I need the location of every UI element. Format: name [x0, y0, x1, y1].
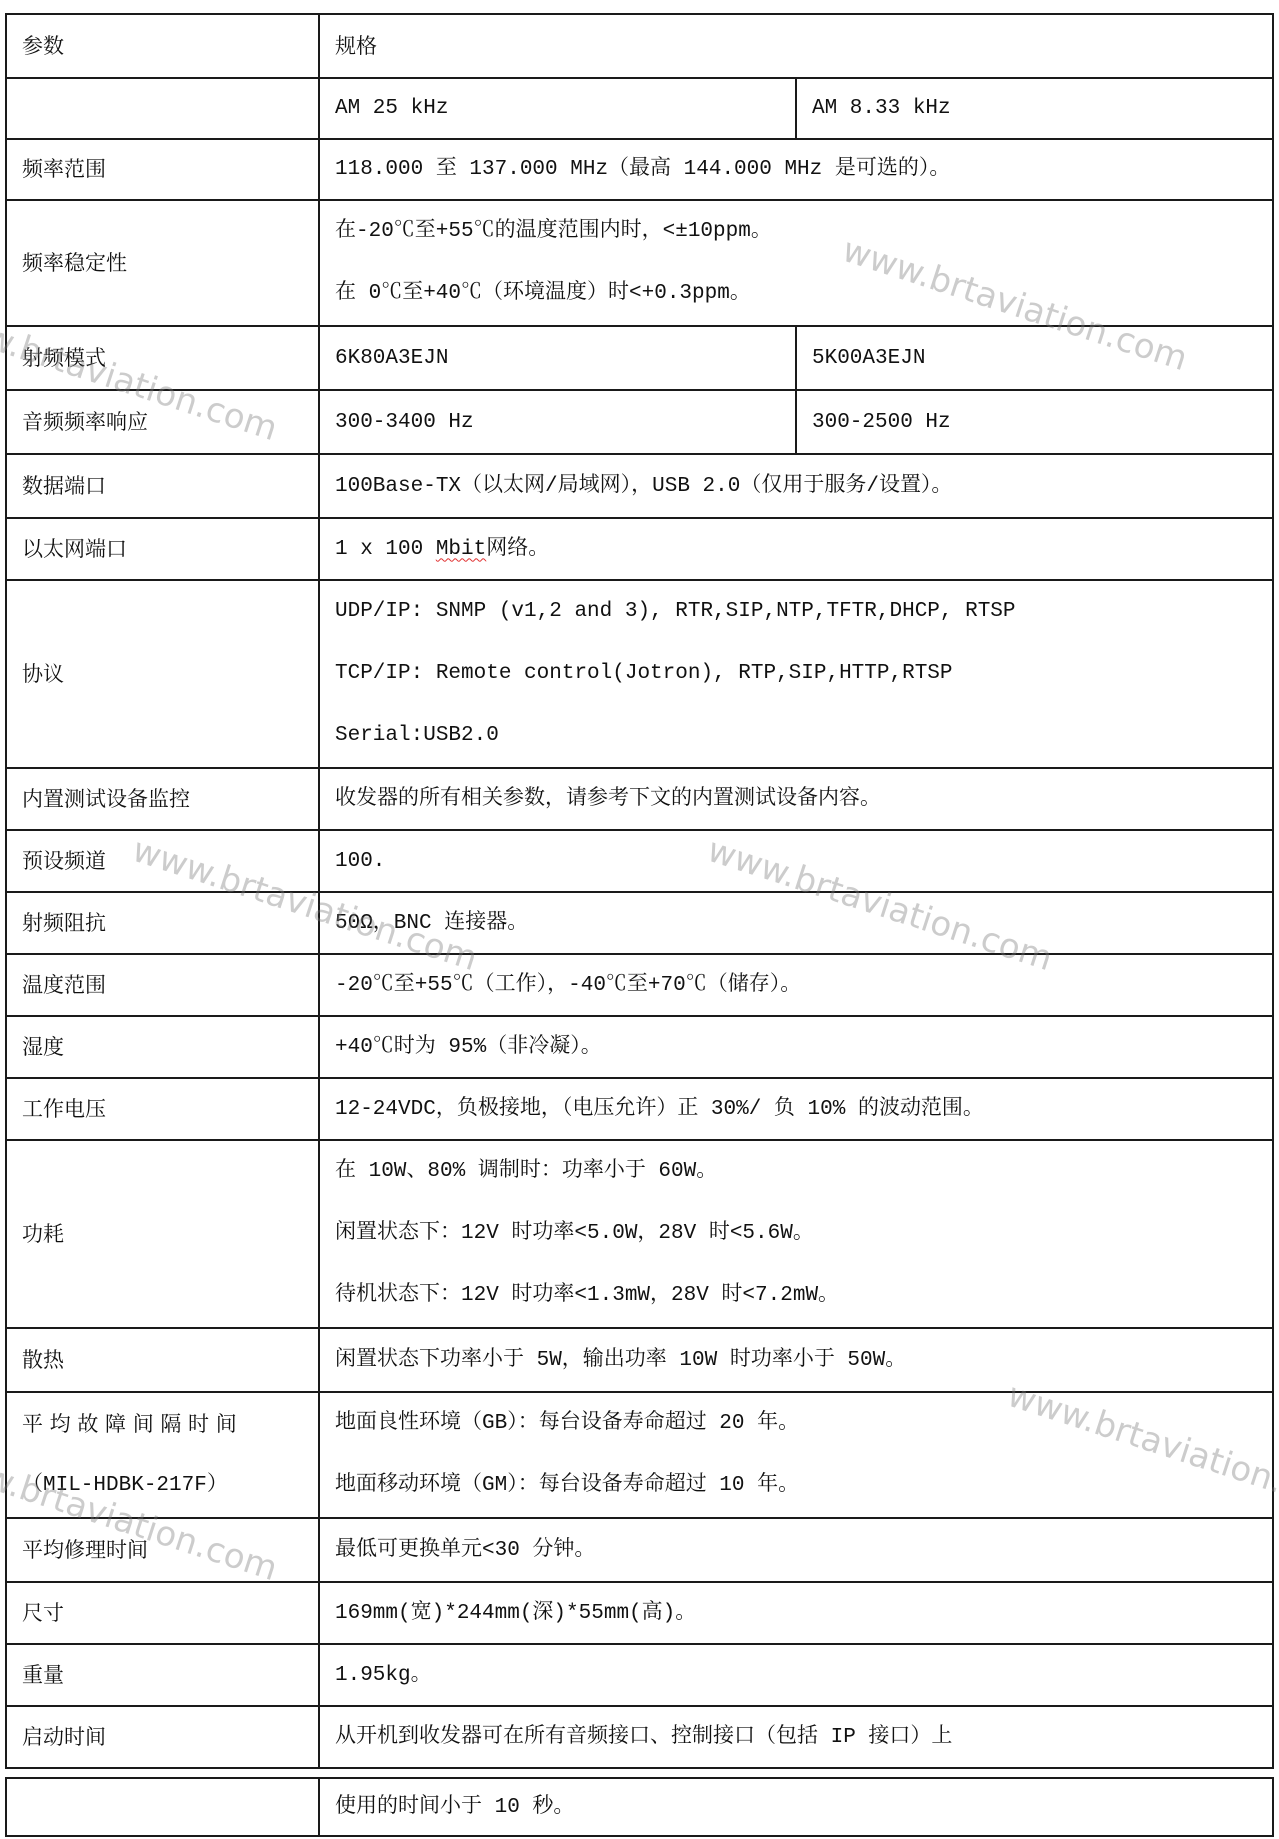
row-value: 在-20℃至+55℃的温度范围内时，<±10ppm。 在 0℃至+40℃（环境温…	[319, 200, 1273, 326]
row-param: 重量	[6, 1644, 319, 1706]
row-value: 1 x 100 Mbit网络。	[319, 518, 1273, 580]
row-value: 169mm(宽)*244mm(深)*55mm(高)。	[319, 1582, 1273, 1644]
table-row: 射频阻抗 50Ω，BNC 连接器。	[6, 892, 1273, 954]
table-row: 频率范围 118.000 至 137.000 MHz（最高 144.000 MH…	[6, 139, 1273, 200]
table-header-row: 参数 规格	[6, 14, 1273, 78]
row-line: 在-20℃至+55℃的温度范围内时，<±10ppm。	[335, 201, 1272, 263]
row-value: 100.	[319, 830, 1273, 892]
row-value: 在 10W、80% 调制时：功率小于 60W。 闲置状态下：12V 时功率<5.…	[319, 1140, 1273, 1328]
table-row: 功耗 在 10W、80% 调制时：功率小于 60W。 闲置状态下：12V 时功率…	[6, 1140, 1273, 1328]
row-value: UDP/IP: SNMP (v1,2 and 3), RTR,SIP,NTP,T…	[319, 580, 1273, 768]
row-value: -20℃至+55℃（工作），-40℃至+70℃（储存）。	[319, 954, 1273, 1016]
row-value-am833: 300-2500 Hz	[796, 390, 1273, 454]
mode-am25: AM 25 kHz	[319, 78, 796, 139]
table-row: 协议 UDP/IP: SNMP (v1,2 and 3), RTR,SIP,NT…	[6, 580, 1273, 768]
table-row: 平均修理时间 最低可更换单元<30 分钟。	[6, 1518, 1273, 1582]
table-row: 射频模式 6K80A3EJN 5K00A3EJN	[6, 326, 1273, 390]
row-value: 闲置状态下功率小于 5W，输出功率 10W 时功率小于 50W。	[319, 1328, 1273, 1392]
table-row: 数据端口 100Base-TX（以太网/局域网），USB 2.0（仅用于服务/设…	[6, 454, 1273, 518]
table-row: 散热 闲置状态下功率小于 5W，输出功率 10W 时功率小于 50W。	[6, 1328, 1273, 1392]
row-param: 音频频率响应	[6, 390, 319, 454]
row-param: 平均修理时间	[6, 1518, 319, 1582]
row-param: 启动时间	[6, 1706, 319, 1768]
row-line: UDP/IP: SNMP (v1,2 and 3), RTR,SIP,NTP,T…	[335, 581, 1272, 643]
row-param: 频率范围	[6, 139, 319, 200]
value-prefix: 1 x 100	[335, 538, 436, 561]
row-param: 温度范围	[6, 954, 319, 1016]
row-param: 尺寸	[6, 1582, 319, 1644]
row-param: 协议	[6, 580, 319, 768]
row-value-am25: 300-3400 Hz	[319, 390, 796, 454]
row-value: 使用的时间小于 10 秒。	[319, 1778, 1273, 1836]
row-line: 待机状态下：12V 时功率<1.3mW，28V 时<7.2mW。	[335, 1265, 1272, 1327]
row-value: 地面良性环境（GB）：每台设备寿命超过 20 年。 地面移动环境（GM）：每台设…	[319, 1392, 1273, 1518]
table-row: 平 均 故 障 间 隔 时 间 （MIL-HDBK-217F） 地面良性环境（G…	[6, 1392, 1273, 1518]
row-value: 1.95kg。	[319, 1644, 1273, 1706]
header-param: 参数	[6, 14, 319, 78]
table-row: 预设频道 100.	[6, 830, 1273, 892]
row-param: 湿度	[6, 1016, 319, 1078]
row-value: 收发器的所有相关参数，请参考下文的内置测试设备内容。	[319, 768, 1273, 830]
spec-table: 参数 规格 AM 25 kHz AM 8.33 kHz 频率范围 118.000…	[5, 13, 1274, 1769]
row-param-line: （MIL-HDBK-217F）	[22, 1455, 318, 1517]
table-row: 音频频率响应 300-3400 Hz 300-2500 Hz	[6, 390, 1273, 454]
row-value-am833: 5K00A3EJN	[796, 326, 1273, 390]
row-param-line: 平 均 故 障 间 隔 时 间	[22, 1393, 318, 1455]
row-param: 散热	[6, 1328, 319, 1392]
row-param: 工作电压	[6, 1078, 319, 1140]
row-value: 最低可更换单元<30 分钟。	[319, 1518, 1273, 1582]
row-line: 在 10W、80% 调制时：功率小于 60W。	[335, 1141, 1272, 1203]
row-param: 功耗	[6, 1140, 319, 1328]
table-row: 以太网端口 1 x 100 Mbit网络。	[6, 518, 1273, 580]
table-row: 重量 1.95kg。	[6, 1644, 1273, 1706]
table-row: 湿度 +40℃时为 95%（非冷凝）。	[6, 1016, 1273, 1078]
row-param: 内置测试设备监控	[6, 768, 319, 830]
row-line: Serial:USB2.0	[335, 705, 1272, 767]
row-param: 射频阻抗	[6, 892, 319, 954]
row-param: 预设频道	[6, 830, 319, 892]
row-value: +40℃时为 95%（非冷凝）。	[319, 1016, 1273, 1078]
row-param: 平 均 故 障 间 隔 时 间 （MIL-HDBK-217F）	[6, 1392, 319, 1518]
spellcheck-word: Mbit	[436, 538, 486, 561]
row-param: 数据端口	[6, 454, 319, 518]
row-param	[6, 78, 319, 139]
table-row: 启动时间 从开机到收发器可在所有音频接口、控制接口（包括 IP 接口）上	[6, 1706, 1273, 1768]
row-value-am25: 6K80A3EJN	[319, 326, 796, 390]
mode-am833: AM 8.33 kHz	[796, 78, 1273, 139]
table-row: 工作电压 12-24VDC，负极接地，（电压允许）正 30%/ 负 10% 的波…	[6, 1078, 1273, 1140]
table-row: 使用的时间小于 10 秒。	[6, 1778, 1273, 1836]
row-line: 地面移动环境（GM）：每台设备寿命超过 10 年。	[335, 1455, 1272, 1517]
value-suffix: 网络。	[486, 538, 549, 561]
table-row: 温度范围 -20℃至+55℃（工作），-40℃至+70℃（储存）。	[6, 954, 1273, 1016]
row-param: 频率稳定性	[6, 200, 319, 326]
row-value: 50Ω，BNC 连接器。	[319, 892, 1273, 954]
row-line: 地面良性环境（GB）：每台设备寿命超过 20 年。	[335, 1393, 1272, 1455]
row-line: 在 0℃至+40℃（环境温度）时<+0.3ppm。	[335, 263, 1272, 325]
table-row: 尺寸 169mm(宽)*244mm(深)*55mm(高)。	[6, 1582, 1273, 1644]
row-value: 从开机到收发器可在所有音频接口、控制接口（包括 IP 接口）上	[319, 1706, 1273, 1768]
row-value: 100Base-TX（以太网/局域网），USB 2.0（仅用于服务/设置）。	[319, 454, 1273, 518]
table-row-modes: AM 25 kHz AM 8.33 kHz	[6, 78, 1273, 139]
row-value: 12-24VDC，负极接地，（电压允许）正 30%/ 负 10% 的波动范围。	[319, 1078, 1273, 1140]
row-line: 闲置状态下：12V 时功率<5.0W，28V 时<5.6W。	[335, 1203, 1272, 1265]
spec-table-continuation: 使用的时间小于 10 秒。	[5, 1777, 1274, 1837]
table-row: 频率稳定性 在-20℃至+55℃的温度范围内时，<±10ppm。 在 0℃至+4…	[6, 200, 1273, 326]
row-value: 118.000 至 137.000 MHz（最高 144.000 MHz 是可选…	[319, 139, 1273, 200]
row-param	[6, 1778, 319, 1836]
row-line: TCP/IP: Remote control(Jotron), RTP,SIP,…	[335, 643, 1272, 705]
row-param: 射频模式	[6, 326, 319, 390]
table-row: 内置测试设备监控 收发器的所有相关参数，请参考下文的内置测试设备内容。	[6, 768, 1273, 830]
header-spec: 规格	[319, 14, 1273, 78]
row-param: 以太网端口	[6, 518, 319, 580]
